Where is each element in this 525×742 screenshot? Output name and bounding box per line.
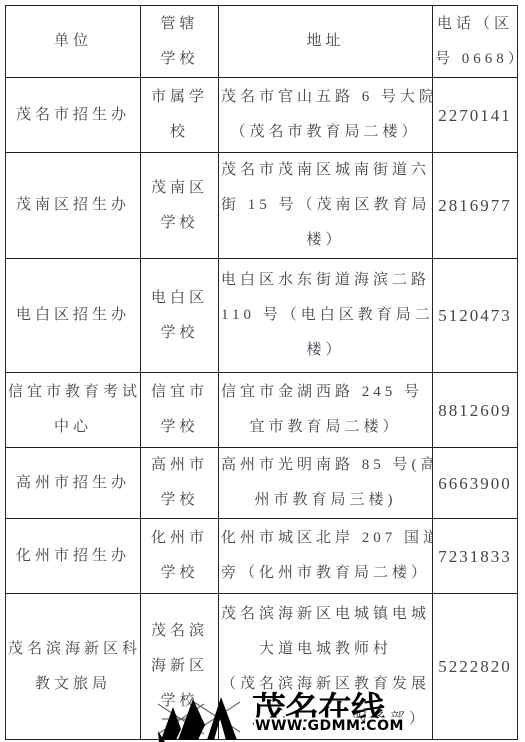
schools-line: 电白区 xyxy=(143,281,216,316)
address-line: 服务部） xyxy=(221,702,430,737)
address-line: 化州市城区北岸 207 国道 xyxy=(221,521,430,556)
cell-address: 化州市城区北岸 207 国道 旁（化州市教育局二楼） xyxy=(219,519,433,594)
unit-line: 茂南区招生办 xyxy=(8,188,138,223)
schools-line: 高州市 xyxy=(143,448,216,483)
page: 单位 管辖 学校 地址 电话（区 号 0668） 茂名市招生办 市属学 校 xyxy=(0,0,525,742)
phone-number: 2816977 xyxy=(435,188,515,223)
cell-phone: 2816977 xyxy=(433,153,518,259)
cell-address: 电白区水东街道海滨二路 110 号（电白区教育局二 楼） xyxy=(219,259,433,373)
schools-line: 茂南区 xyxy=(143,171,216,206)
cell-address: 茂名市茂南区城南街道六 街 15 号（茂南区教育局二 楼） xyxy=(219,153,433,259)
unit-line: 茂名滨海新区科 xyxy=(8,632,138,667)
address-line: 茂名市茂南区城南街道六 xyxy=(221,153,430,188)
unit-line: 高州市招生办 xyxy=(8,466,138,501)
header-row: 单位 管辖 学校 地址 电话（区 号 0668） xyxy=(6,6,518,78)
address-line: 州市教育局三楼) xyxy=(221,483,430,518)
cell-schools: 茂名滨 海新区 学校 xyxy=(141,594,219,740)
cell-address: 高州市光明南路 85 号(高 州市教育局三楼) xyxy=(219,448,433,519)
cell-schools: 信宜市 学校 xyxy=(141,373,219,448)
schools-line: 信宜市 xyxy=(143,375,216,410)
header-address: 地址 xyxy=(219,6,433,78)
cell-phone: 7231833 xyxy=(433,519,518,594)
table-row: 茂名滨海新区科 教文旅局 茂名滨 海新区 学校 茂名滨海新区电城镇电城 大道电城… xyxy=(6,594,518,740)
address-line: 旁（化州市教育局二楼） xyxy=(221,556,430,591)
cell-schools: 茂南区 学校 xyxy=(141,153,219,259)
cell-unit: 高州市招生办 xyxy=(6,448,141,519)
cell-unit: 茂名滨海新区科 教文旅局 xyxy=(6,594,141,740)
cell-unit: 茂南区招生办 xyxy=(6,153,141,259)
phone-number: 8812609 xyxy=(435,393,515,428)
cell-phone: 2270141 xyxy=(433,78,518,153)
header-phone: 电话（区 号 0668） xyxy=(433,6,518,78)
cell-unit: 茂名市招生办 xyxy=(6,78,141,153)
header-schools-line: 管辖 xyxy=(143,7,216,42)
cell-schools: 化州市 学校 xyxy=(141,519,219,594)
schools-line: 市属学 xyxy=(143,80,216,115)
address-line: 茂名市官山五路 6 号大院 xyxy=(221,80,430,115)
address-line: 电白区水东街道海滨二路 xyxy=(221,263,430,298)
schools-line: 学校 xyxy=(143,316,216,351)
unit-line: 茂名市招生办 xyxy=(8,98,138,133)
address-line: 楼） xyxy=(221,223,430,258)
address-line: 宜市教育局二楼） xyxy=(221,410,430,445)
address-line: （茂名市教育局二楼） xyxy=(221,115,430,150)
cell-unit: 信宜市教育考试 中心 xyxy=(6,373,141,448)
header-schools-line: 学校 xyxy=(143,42,216,77)
phone-number: 5222820 xyxy=(435,649,515,684)
schools-line: 海新区 xyxy=(143,649,216,684)
cell-phone: 8812609 xyxy=(433,373,518,448)
schools-line: 学校 xyxy=(143,483,216,518)
schools-line: 校 xyxy=(143,115,216,150)
phone-number: 2270141 xyxy=(435,98,515,133)
cell-phone: 5222820 xyxy=(433,594,518,740)
unit-line: 电白区招生办 xyxy=(8,298,138,333)
phone-number: 6663900 xyxy=(435,466,515,501)
cell-phone: 6663900 xyxy=(433,448,518,519)
table-row: 化州市招生办 化州市 学校 化州市城区北岸 207 国道 旁（化州市教育局二楼）… xyxy=(6,519,518,594)
table-row: 茂南区招生办 茂南区 学校 茂名市茂南区城南街道六 街 15 号（茂南区教育局二… xyxy=(6,153,518,259)
address-line: 街 15 号（茂南区教育局二 xyxy=(221,188,430,223)
table-row: 茂名市招生办 市属学 校 茂名市官山五路 6 号大院 （茂名市教育局二楼） 22… xyxy=(6,78,518,153)
cell-phone: 5120473 xyxy=(433,259,518,373)
cell-address: 信宜市金湖西路 245 号（信 宜市教育局二楼） xyxy=(219,373,433,448)
address-line: 茂名滨海新区电城镇电城 xyxy=(221,597,430,632)
table-row: 信宜市教育考试 中心 信宜市 学校 信宜市金湖西路 245 号（信 宜市教育局二… xyxy=(6,373,518,448)
address-line: 高州市光明南路 85 号(高 xyxy=(221,448,430,483)
unit-line: 教文旅局 xyxy=(8,667,138,702)
unit-line: 化州市招生办 xyxy=(8,539,138,574)
address-line: 大道电城教师村 xyxy=(221,632,430,667)
address-line: 信宜市金湖西路 245 号（信 xyxy=(221,375,430,410)
address-line: 楼） xyxy=(221,333,430,368)
address-line: 110 号（电白区教育局二 xyxy=(221,298,430,333)
phone-number: 7231833 xyxy=(435,539,515,574)
cell-schools: 市属学 校 xyxy=(141,78,219,153)
schools-line: 学校 xyxy=(143,410,216,445)
table-row: 高州市招生办 高州市 学校 高州市光明南路 85 号(高 州市教育局三楼) 66… xyxy=(6,448,518,519)
header-phone-line: 号 0668） xyxy=(435,42,515,77)
header-unit-label: 单位 xyxy=(8,24,138,59)
schools-line: 化州市 xyxy=(143,521,216,556)
cell-unit: 电白区招生办 xyxy=(6,259,141,373)
unit-line: 信宜市教育考试 xyxy=(8,375,138,410)
cell-address: 茂名市官山五路 6 号大院 （茂名市教育局二楼） xyxy=(219,78,433,153)
schools-line: 学校 xyxy=(143,206,216,241)
schools-line: 学校 xyxy=(143,684,216,719)
cell-unit: 化州市招生办 xyxy=(6,519,141,594)
contact-table: 单位 管辖 学校 地址 电话（区 号 0668） 茂名市招生办 市属学 校 xyxy=(5,5,518,740)
header-phone-line: 电话（区 xyxy=(435,7,515,42)
header-unit: 单位 xyxy=(6,6,141,78)
cell-schools: 高州市 学校 xyxy=(141,448,219,519)
header-address-label: 地址 xyxy=(221,24,430,59)
schools-line: 茂名滨 xyxy=(143,614,216,649)
table-row: 电白区招生办 电白区 学校 电白区水东街道海滨二路 110 号（电白区教育局二 … xyxy=(6,259,518,373)
address-line: （茂名滨海新区教育发展 xyxy=(221,667,430,702)
cell-schools: 电白区 学校 xyxy=(141,259,219,373)
unit-line: 中心 xyxy=(8,410,138,445)
cell-address: 茂名滨海新区电城镇电城 大道电城教师村 （茂名滨海新区教育发展 服务部） xyxy=(219,594,433,740)
header-schools: 管辖 学校 xyxy=(141,6,219,78)
phone-number: 5120473 xyxy=(435,298,515,333)
schools-line: 学校 xyxy=(143,556,216,591)
